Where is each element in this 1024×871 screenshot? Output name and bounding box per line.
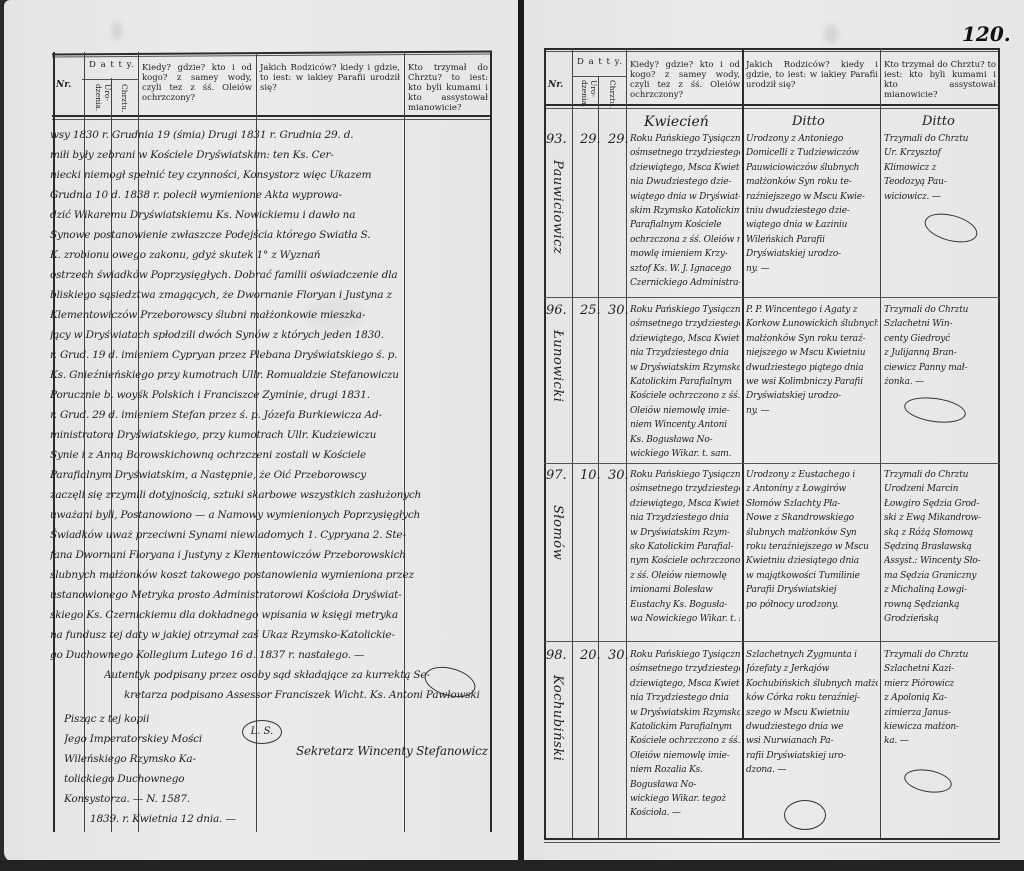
kiedy-line: niem Wincenty Antoni — [630, 418, 740, 432]
header-chrztu: Chrztu. — [120, 84, 129, 114]
body-line: Klementowiczów Przeborowscy ślubni małżo… — [50, 308, 494, 323]
entry-nr: 98. — [546, 648, 567, 663]
kiedy-line: imionami Bolesław — [630, 583, 740, 597]
body-line: Świadków uważ przeciwni Synami niewiadom… — [50, 528, 494, 543]
attestation-line: Konsystorza. — N. 1587. — [64, 792, 190, 807]
rodzice-line: wsi Nurwianach Pa- — [746, 734, 878, 748]
entry-birth-day: 29. — [580, 132, 601, 147]
chrzestni-line: ma Sędzia Graniczny — [884, 569, 996, 583]
top-rule — [544, 48, 1000, 50]
kiedy-line: Roku Pańskiego Tysiącznego — [630, 303, 740, 317]
body-line: skiego Ks. Czernickiemu dla dokładnego w… — [50, 608, 494, 623]
rodzice-line: wiątego dnia w Łaziniu — [746, 218, 878, 232]
kiedy-line: w Dryświatskim Rzymsko — [630, 361, 740, 375]
chrzestni-line: Szlachetni Kazi- — [884, 662, 996, 676]
chrzestni-line: Assyst.: Wincenty Sło- — [884, 554, 996, 568]
chrzestni-line: z Apolonią Ka- — [884, 691, 996, 705]
header-bottom-rule — [52, 115, 492, 117]
kiedy-line: Roku Pańskiego Tysiącznego — [630, 132, 740, 146]
header-chrztu: Chrztu. — [608, 80, 617, 104]
body-line: dzić Wikaremu Dryświatskiemu Ks. Nowicki… — [50, 208, 494, 223]
body-line: Synie i z Anną Borowskichowną ochrzczeni… — [50, 448, 494, 463]
chrzestni-line: Szlachetni Win- — [884, 317, 996, 331]
kiedy-line: Katolickim Parafialnym — [630, 720, 740, 734]
body-line: uważani byli, Postanowiono — a Namowy wy… — [50, 508, 494, 523]
entry-birth-day: 20. — [580, 648, 601, 663]
kiedy-line: Kościele ochrzczono z śś. — [630, 734, 740, 748]
header-datty: D a t t y. — [86, 60, 138, 70]
rodzice-line: Dryświatskiej urodzo- — [746, 389, 878, 403]
rodzice-line: małżonków Syn roku te- — [746, 175, 878, 189]
body-line: zaczęli się zrzymili dotyjnością, sztuki… — [50, 488, 494, 503]
kiedy-line: Roku Pańskiego Tysiącznego — [630, 648, 740, 662]
secretary-signature: Sekretarz Wincenty Stefanowicz — [296, 744, 488, 759]
entry-surname: Pauwiciowicz — [550, 160, 565, 254]
rodzice-line: Korkow Łunowickich ślubnych — [746, 317, 878, 331]
header-trzymal: Kto trzymał do Chrztu? to iest: kto byli… — [408, 63, 488, 113]
rodzice-line: Domicelli z Tudziewiczów — [746, 146, 878, 160]
chrzestni-line: Trzymali do Chrztu — [884, 132, 996, 146]
entry-surname: Słomów — [550, 505, 565, 560]
entry-nr: 97. — [546, 468, 567, 483]
chrzestni-line: ski z Ewą Mikandrow- — [884, 511, 996, 525]
kiedy-line: wa Nowickiego Wikar. t. sam. — [630, 612, 740, 626]
rodzice-line: roku teraźniejszego w Mscu — [746, 540, 878, 554]
rodzice-line: Słomów Szlachty Pła- — [746, 497, 878, 511]
body-line: r. Grud. 19 d. imieniem Cypryan przez Pl… — [50, 348, 494, 363]
header-kiedy: Kiedy? gdzie? kto i od kogo? z samey wod… — [142, 63, 252, 103]
body-line: niecki niemogł spełnić tey czynności, Ko… — [50, 168, 494, 183]
chrzestni-line: rowną Sędzianką — [884, 598, 996, 612]
kiedy-line: ośmsetnego trzydziestego — [630, 662, 740, 676]
chrzestni-line: wiciowicz. — — [884, 190, 996, 204]
kiedy-line: dziewiątego, Msca Kwiet- — [630, 332, 740, 346]
entry-baptism-day: 30. — [608, 303, 629, 318]
chrzestni-line: zimierza Janus- — [884, 706, 996, 720]
left-page: Nr. D a t t y. Uro-dzenia. Chrztu. Kiedy… — [4, 0, 518, 862]
header-datty: D a t t y. — [574, 57, 626, 67]
body-line: Synowe postanowienie zwłaszcze Podejścia… — [50, 228, 494, 243]
right-page: 120. Nr. D a t t y. Uro-dzenia. Chrztu. … — [524, 0, 1024, 862]
kiedy-line: skim Rzymsko Katolickim — [630, 204, 740, 218]
chrzestni-line: z Michaliną Łowgi- — [884, 583, 996, 597]
body-line: jący w Dryświatach spłodzili dwóch Synów… — [50, 328, 494, 343]
body-line: Parafialnym Dryświatskim, a Następnie, ż… — [50, 468, 494, 483]
rodzice-line: niejszego w Mscu Kwietniu — [746, 346, 878, 360]
chrzestni-line: Ur. Krzysztof — [884, 146, 996, 160]
body-line: go Duchownego Kollegium Lutego 16 d. 183… — [50, 648, 494, 663]
ditto-godparents: Ditto — [922, 114, 955, 129]
rodzice-line: dwudziestego dnia we — [746, 720, 878, 734]
rodzice-line: Urodzony z Eustachego i — [746, 468, 878, 482]
chrzestni-line: Trzymali do Chrztu — [884, 648, 996, 662]
entry-birth-day: 10. — [580, 468, 601, 483]
kiedy-line: sztof Ks. W. J. Ignacego — [630, 262, 740, 276]
kiedy-line: Ks. Bogusława No- — [630, 433, 740, 447]
kiedy-line: dziewiątego, Msca Kwiet- — [630, 497, 740, 511]
header-trzymal: Kto trzymał do Chrztu? to iest: kto byli… — [884, 60, 996, 100]
seal-ls: L. S. — [242, 720, 282, 744]
rodzice-line: dzona. — — [746, 763, 878, 777]
body-line: K. zrobionu owego zakonu, gdyż skutek 1°… — [50, 248, 494, 263]
header-rodzicow: Jakich Rodziców? kiedy i gdzie, to iest:… — [260, 63, 400, 93]
rodzice-line: Nowe z Skandrowskiego — [746, 511, 878, 525]
kiedy-line: w Dryświatskim Rzymsko — [630, 706, 740, 720]
rodzice-line: ków Córka roku teraźniej- — [746, 691, 878, 705]
body-line: fana Dwornani Floryana i Justyny z Kleme… — [50, 548, 494, 563]
entry-surname: Łunowicki — [550, 330, 565, 402]
chrzestni-line: Teodozyą Pau- — [884, 175, 996, 189]
entry-baptism-day: 30. — [608, 468, 629, 483]
body-line: ministratora Dryświatskiego, przy kumotr… — [50, 428, 494, 443]
rodzice-line: Pauwiciowiczów ślubnych — [746, 161, 878, 175]
kiedy-line: mowlę imieniem Krzy- — [630, 247, 740, 261]
kiedy-line: Kościoła. — — [630, 806, 740, 820]
ditto-parents: Ditto — [792, 114, 825, 129]
rodzice-line: Wileńskich Parafii — [746, 233, 878, 247]
flourish-icon — [902, 766, 953, 796]
body-line: wsy 1830 r. Grudnia 19 (śmia) Drugi 1831… — [50, 128, 494, 143]
rodzice-line: po północy urodzony. — [746, 598, 878, 612]
attestation-line: tolickiego Duchownego — [64, 772, 184, 787]
row-separator — [544, 463, 1000, 464]
kiedy-line: Roku Pańskiego Tysiącznego — [630, 468, 740, 482]
rodzice-line: dwudziestego piątego dnia — [746, 361, 878, 375]
header-nr: Nr. — [548, 80, 563, 90]
rodzice-line: z Antoniny z Łowgirów — [746, 482, 878, 496]
kiedy-line: wiątego dnia w Dryświat- — [630, 190, 740, 204]
kiedy-line: dziewiątego, Msca Kwiet- — [630, 161, 740, 175]
chrzestni-line: mierz Piórowicz — [884, 677, 996, 691]
row-separator — [544, 641, 1000, 642]
chrzestni-line: Łowgiro Sędzia Grod- — [884, 497, 996, 511]
header-nr: Nr. — [56, 80, 71, 90]
body-line: ustanowionego Metryka prosto Administrat… — [50, 588, 494, 603]
kiedy-line: wickiego Wikar. tegoż — [630, 792, 740, 806]
body-line: Ks. Gnieźnieńskiego przy kumotrach Ullr.… — [50, 368, 494, 383]
kiedy-line: sko Katolickim Parafial- — [630, 540, 740, 554]
kiedy-line: ośmsetnego trzydziestego — [630, 482, 740, 496]
kiedy-line: Czernickiego Administra- — [630, 276, 740, 290]
kiedy-line: nia Trzydziestego dnia — [630, 511, 740, 525]
kiedy-line: ośmsetnego trzydziestego — [630, 146, 740, 160]
rodzice-line: ny. — — [746, 262, 878, 276]
page-bottom-edge — [0, 860, 1024, 871]
kiedy-line: Parafialnym Kościele — [630, 218, 740, 232]
page-number: 120. — [962, 22, 1011, 46]
body-line: r. Grud. 29 d. imieniem Stefan przez ś. … — [50, 408, 494, 423]
kiedy-line: Bogusława No- — [630, 778, 740, 792]
rodzice-line: w majątkowości Tumilinie — [746, 569, 878, 583]
attestation-line: Pisząc z tej kopii — [64, 712, 149, 727]
kiedy-line: wickiego Wikar. t. sam. — [630, 447, 740, 461]
flourish-icon — [922, 208, 981, 247]
entry-surname: Kochubiński — [550, 675, 565, 761]
chrzestni-line: ską z Różą Słomową — [884, 526, 996, 540]
kiedy-line: nia Dwudziestego dzie- — [630, 175, 740, 189]
body-line: Porucznie b. woyśk Polskich i Franciszce… — [50, 388, 494, 403]
flourish-icon — [903, 394, 968, 426]
rodzice-line: Szlachetnych Zygmunta i — [746, 648, 878, 662]
entry-nr: 96. — [546, 303, 567, 318]
entry-birth-day: 25. — [580, 303, 601, 318]
body-line: miłi były zebrani w Kościele Dryświatski… — [50, 148, 494, 163]
rodzice-line: Urodzony z Antoniego — [746, 132, 878, 146]
row-separator — [544, 297, 1000, 298]
kiedy-line: z śś. Oleiów niemowlę — [630, 569, 740, 583]
rodzice-line: Dryświatskiej urodzo- — [746, 247, 878, 261]
body-line: Grudnia 10 d. 1838 r. polecił wymienione… — [50, 188, 494, 203]
rodzice-line: Parafii Dryświatskiej — [746, 583, 878, 597]
entry-baptism-day: 29. — [608, 132, 629, 147]
chrzestni-line: żonka. — — [884, 375, 996, 389]
body-line: bliskiego sąsiedztwa zmagących, że Dworn… — [50, 288, 494, 303]
rodzice-line: P. P. Wincentego i Agaty z — [746, 303, 878, 317]
rodzice-line: ny. — — [746, 404, 878, 418]
attestation-line: Jego Imperatorskiey Mości — [64, 732, 202, 747]
rodzice-line: tniu dwudziestego dzie- — [746, 204, 878, 218]
kiedy-line: niem Rozalia Ks. — [630, 763, 740, 777]
kiedy-line: Kościele ochrzczono z śś. — [630, 389, 740, 403]
rodzice-line: małżonków Syn roku teraź- — [746, 332, 878, 346]
rodzice-line: rafii Dryświatskiej uro- — [746, 749, 878, 763]
kiedy-line: nia Trzydziestego dnia — [630, 346, 740, 360]
register-spread: Nr. D a t t y. Uro-dzenia. Chrztu. Kiedy… — [0, 0, 1024, 871]
kiedy-line: dziewiątego, Msca Kwiet- — [630, 677, 740, 691]
body-line: ślubnych małżonków koszt takowego postan… — [50, 568, 494, 583]
kiedy-line: nym Kościele ochrzczono — [630, 554, 740, 568]
rodzice-line: we wsi Kolimbniczy Parafii — [746, 375, 878, 389]
body-line: na fundusz tej daty w jakiej otrzymał za… — [50, 628, 494, 643]
header-kiedy: Kiedy? gdzie? kto i od kogo? z samey wod… — [630, 60, 740, 100]
header-rodzicow: Jakich Rodziców? kiedy i gdzie, to iest:… — [746, 60, 878, 90]
chrzestni-line: centy Giedroyć — [884, 332, 996, 346]
kiedy-line: ochrzczona z śś. Oleiów nie- — [630, 233, 740, 247]
attestation-line: 1839. r. Kwietnia 12 dnia. — — [90, 812, 236, 827]
entry-nr: 93. — [546, 132, 567, 147]
entry-baptism-day: 30. — [608, 648, 629, 663]
kiedy-line: nia Trzydziestego dnia — [630, 691, 740, 705]
kiedy-line: Oleiów niemowlę imie- — [630, 404, 740, 418]
kiedy-line: ośmsetnego trzydziestego — [630, 317, 740, 331]
chrzestni-line: Sędziną Brasławską — [884, 540, 996, 554]
chrzestni-line: ciewicz Panny mał- — [884, 361, 996, 375]
rodzice-line: Kwietniu dziesiątego dnia — [746, 554, 878, 568]
header-urodzenia: Uro-dzenia. — [580, 80, 598, 104]
rodzice-line: raźniejszego w Mscu Kwie- — [746, 190, 878, 204]
rodzice-line: Kochubińskich ślubnych małżon- — [746, 677, 878, 691]
chrzestni-line: Grodzieńską — [884, 612, 996, 626]
chrzestni-line: kiewicza małżon- — [884, 720, 996, 734]
kiedy-line: Katolickim Parafialnym — [630, 375, 740, 389]
chrzestni-line: Urodzeni Marcin — [884, 482, 996, 496]
chrzestni-line: Klimowicz z — [884, 161, 996, 175]
body-line: ostrzech świadków Poprzysięgłych. Dobrać… — [50, 268, 494, 283]
attestation-line: Wileńskiego Rzymsko Ka- — [64, 752, 196, 767]
month-header: Kwiecień — [644, 114, 709, 130]
kiedy-line: Oleiów niemowlę imie- — [630, 749, 740, 763]
kiedy-line: Eustachy Ks. Bogusła- — [630, 598, 740, 612]
chrzestni-line: Trzymali do Chrztu — [884, 303, 996, 317]
rodzice-line: ślubnych małżonków Syn — [746, 526, 878, 540]
chrzestni-line: z Julijanną Bran- — [884, 346, 996, 360]
bottom-rule — [544, 838, 1000, 840]
rodzice-line: Józefaty z Jerkajów — [746, 662, 878, 676]
rodzice-line: szego w Mscu Kwietniu — [746, 706, 878, 720]
chrzestni-line: ka. — — [884, 734, 996, 748]
chrzestni-line: Trzymali do Chrztu — [884, 468, 996, 482]
header-urodzenia: Uro-dzenia. — [94, 84, 112, 114]
flourish-icon — [784, 800, 826, 830]
kiedy-line: w Dryświatskim Rzym- — [630, 526, 740, 540]
